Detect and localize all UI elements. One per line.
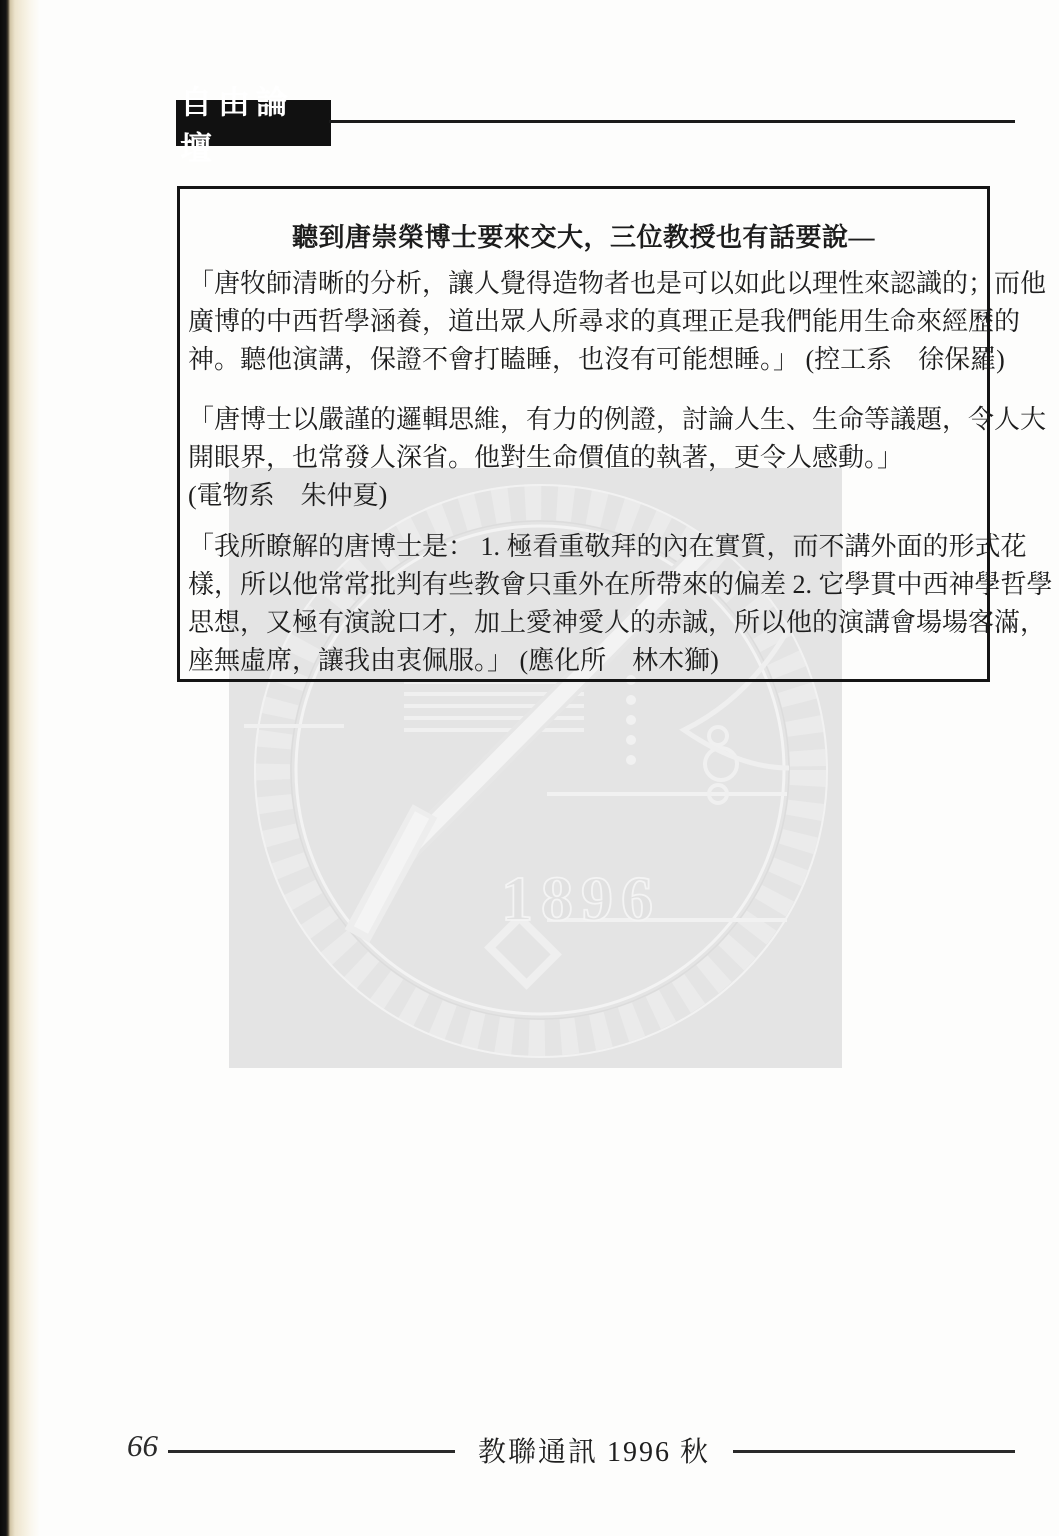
- paragraph-quote-3: 「我所瞭解的唐博士是： 1. 極看重敬拜的內在實質，而不講外面的形式花 樣，所以…: [188, 528, 982, 680]
- article-title: 聽到唐崇榮博士要來交大，三位教授也有話要說—: [180, 217, 987, 254]
- book-binding-edge: [0, 0, 40, 1536]
- paragraph-quote-1: 「唐牧師清晰的分析，讓人覺得造物者也是可以如此以理性來認識的；而他 廣博的中西哲…: [188, 265, 982, 379]
- seal-dots-motif: [626, 675, 636, 765]
- page-number: 66: [127, 1428, 158, 1464]
- paragraph-quote-2: 「唐博士以嚴謹的邏輯思維，有力的例證，討論人生、生命等議題，令人大 開眼界，也常…: [188, 401, 982, 515]
- paragraph-line: 「唐博士以嚴謹的邏輯思維，有力的例證，討論人生、生命等議題，令人大: [188, 401, 982, 439]
- footer-rule-left: [168, 1450, 455, 1453]
- article-box: 聽到唐崇榮博士要來交大，三位教授也有話要說— 「唐牧師清晰的分析，讓人覺得造物者…: [177, 186, 990, 682]
- paragraph-line: 「唐牧師清晰的分析，讓人覺得造物者也是可以如此以理性來認識的；而他: [188, 265, 982, 303]
- section-header-label: 自由論壇: [176, 100, 331, 146]
- scanned-magazine-page: { "header": { "label": "自由論壇" }, "articl…: [0, 0, 1059, 1536]
- paragraph-line: 「我所瞭解的唐博士是： 1. 極看重敬拜的內在實質，而不講外面的形式花: [188, 528, 982, 566]
- paragraph-line: 廣博的中西哲學涵養，道出眾人所尋求的真理正是我們能用生命來經歷的: [188, 303, 982, 341]
- paragraph-line: 樣，所以他常常批判有些教會只重外在所帶來的偏差 2. 它學貫中西神學哲學: [188, 566, 982, 604]
- section-header-text: 自由論壇: [180, 77, 331, 169]
- paragraph-line: 座無虛席，讓我由衷佩服。」 (應化所 林木獅): [188, 642, 982, 680]
- paragraph-line: 神。聽他演講，保證不會打瞌睡，也沒有可能想睡。」 (控工系 徐保羅): [188, 341, 982, 379]
- header-rule-line: [329, 120, 1015, 123]
- journal-title: 教聯通訊 1996 秋: [455, 1430, 733, 1470]
- footer-rule-right: [733, 1450, 1015, 1453]
- paragraph-line: 開眼界，也常發人深省。他對生命價值的執著，更令人感動。」: [188, 439, 982, 477]
- paragraph-line: (電物系 朱仲夏): [188, 477, 982, 515]
- paragraph-line: 思想，又極有演說口才，加上愛神愛人的赤誠，所以他的演講會場場客滿，: [188, 604, 982, 642]
- seal-year-text: 1896: [501, 863, 661, 934]
- seal-rings-motif: [705, 727, 737, 803]
